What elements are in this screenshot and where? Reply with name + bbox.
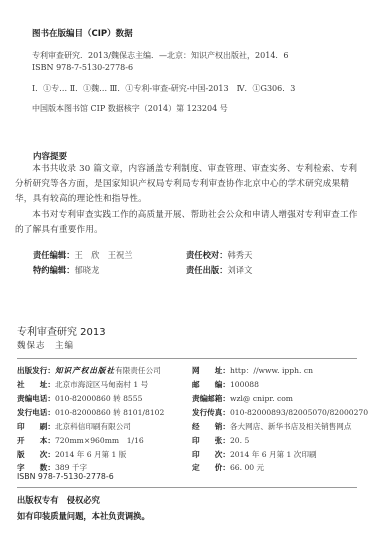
pub-publisher-label: 出版发行： bbox=[17, 365, 55, 376]
pub-printer-value: 北京科信印刷有限公司 bbox=[55, 422, 131, 431]
pub-sales-value: 各大网店、新华书店及相关销售网点 bbox=[230, 422, 352, 431]
pub-publisher-value: 有限责任公司 bbox=[115, 366, 161, 375]
pub-printer-label: 印 刷： bbox=[17, 421, 55, 432]
isbn-bottom: ISBN 978-7-5130-2778-6 bbox=[17, 472, 114, 481]
pub-sales-row: 经 销：各大网店、新华书店及相关销售网点 bbox=[192, 421, 351, 432]
pub-sales-label: 经 销： bbox=[192, 421, 230, 432]
pub-editor-phone-row: 责编电话：010-82000860 转 8555 bbox=[17, 393, 142, 404]
book-title: 专利审查研究 2013 bbox=[17, 323, 106, 338]
copyright-notice: 出版权专有 侵权必究 bbox=[17, 494, 100, 506]
special-editor-value: 郁晓龙 bbox=[75, 265, 100, 275]
cip-line-title: 专利审查研究．2013/魏保志主编．—北京：知识产权出版社，2014．6 bbox=[32, 50, 289, 61]
pub-sheets-label: 印 张： bbox=[192, 435, 230, 446]
pub-editor-phone-label: 责编电话： bbox=[17, 393, 55, 404]
cip-heading: 图书在版编目（CIP）数据 bbox=[32, 27, 133, 39]
pub-printer-row: 印 刷：北京科信印刷有限公司 bbox=[17, 421, 131, 432]
pub-publisher-row: 出版发行：知识产权出版社有限责任公司 bbox=[17, 365, 161, 376]
publishing-manager-row: 责任出版：刘译文 bbox=[186, 258, 252, 277]
pub-sheets-value: 20. 5 bbox=[230, 436, 249, 445]
pub-format-value: 720mm×960mm 1/16 bbox=[55, 436, 144, 445]
pub-address-row: 社 址：北京市海淀区马甸南村 1 号 bbox=[17, 379, 148, 390]
pub-printing-value: 2014 年 6 月第 1 次印刷 bbox=[230, 450, 317, 459]
pub-website-value: http：//www. ipph. cn bbox=[230, 366, 313, 375]
pub-fax-row: 发行传真：010-82000893/82005070/82000270 bbox=[192, 407, 368, 418]
pub-website-label: 网 址： bbox=[192, 365, 230, 376]
pub-printing-row: 印 次：2014 年 6 月第 1 次印刷 bbox=[192, 449, 317, 460]
pub-price-label: 定 价： bbox=[192, 462, 230, 473]
publisher-logo-text: 知识产权出版社 bbox=[55, 366, 115, 375]
pub-postcode-row: 邮 编：100088 bbox=[192, 379, 259, 390]
pub-fax-value: 010-82000893/82005070/82000270 bbox=[230, 408, 368, 417]
pub-distribution-phone-value: 010-82000860 转 8101/8102 bbox=[55, 408, 164, 417]
special-editor-row: 特约编辑：郁晓龙 bbox=[33, 258, 99, 277]
pub-edition-label: 版 次： bbox=[17, 449, 55, 460]
pub-wordcount-value: 389 千字 bbox=[55, 463, 87, 472]
pub-price-row: 定 价：66. 00 元 bbox=[192, 462, 264, 473]
pub-editor-phone-value: 010-82000860 转 8555 bbox=[55, 394, 142, 403]
divider-bottom bbox=[17, 487, 357, 488]
pub-format-label: 开 本： bbox=[17, 435, 55, 446]
summary-heading: 内容提要 bbox=[33, 150, 67, 162]
cip-line-record: 中国版本图书馆 CIP 数据核字（2014）第 123204 号 bbox=[32, 103, 228, 114]
pub-sheets-row: 印 张：20. 5 bbox=[192, 435, 249, 446]
pub-distribution-phone-row: 发行电话：010-82000860 转 8101/8102 bbox=[17, 407, 164, 418]
pub-website-row: 网 址：http：//www. ipph. cn bbox=[192, 365, 313, 376]
publishing-manager-label: 责任出版： bbox=[186, 265, 228, 275]
pub-edition-value: 2014 年 6 月第 1 版 bbox=[55, 450, 126, 459]
pub-postcode-label: 邮 编： bbox=[192, 379, 230, 390]
cip-line-isbn: ISBN 978-7-5130-2778-6 bbox=[32, 63, 133, 72]
pub-address-label: 社 址： bbox=[17, 379, 55, 390]
book-chief-editor: 魏保志 主编 bbox=[17, 339, 74, 351]
pub-fax-label: 发行传真： bbox=[192, 407, 230, 418]
pub-editor-email-row: 责编邮箱：wzl@ cnipr. com bbox=[192, 393, 293, 404]
pub-postcode-value: 100088 bbox=[230, 380, 259, 389]
publishing-manager-value: 刘译文 bbox=[228, 265, 253, 275]
pub-format-row: 开 本：720mm×960mm 1/16 bbox=[17, 435, 144, 446]
pub-edition-row: 版 次：2014 年 6 月第 1 版 bbox=[17, 449, 126, 460]
divider-top bbox=[17, 358, 357, 359]
special-editor-label: 特约编辑： bbox=[33, 265, 75, 275]
pub-printing-label: 印 次： bbox=[192, 449, 230, 460]
replacement-notice: 如有印装质量问题，本社负责调换。 bbox=[17, 510, 150, 522]
pub-price-value: 66. 00 元 bbox=[230, 463, 264, 472]
pub-distribution-phone-label: 发行电话： bbox=[17, 407, 55, 418]
summary-paragraph-2: 本书对专利审查实践工作的高质量开展、帮助社会公众和申请人增强对专利审查工作的了解… bbox=[15, 208, 360, 238]
pub-editor-email-label: 责编邮箱： bbox=[192, 393, 230, 404]
cip-line-classification: Ⅰ．①专… Ⅱ．①魏… Ⅲ．①专利-审查-研究-中国-2013 Ⅳ．①G306．… bbox=[32, 83, 295, 94]
pub-address-value: 北京市海淀区马甸南村 1 号 bbox=[55, 380, 148, 389]
summary-paragraph-1: 本书共收录 30 篇文章，内容涵盖专利制度、审查管理、审查实务、专利检索、专利分… bbox=[15, 162, 360, 207]
pub-editor-email-value: wzl@ cnipr. com bbox=[230, 394, 293, 403]
